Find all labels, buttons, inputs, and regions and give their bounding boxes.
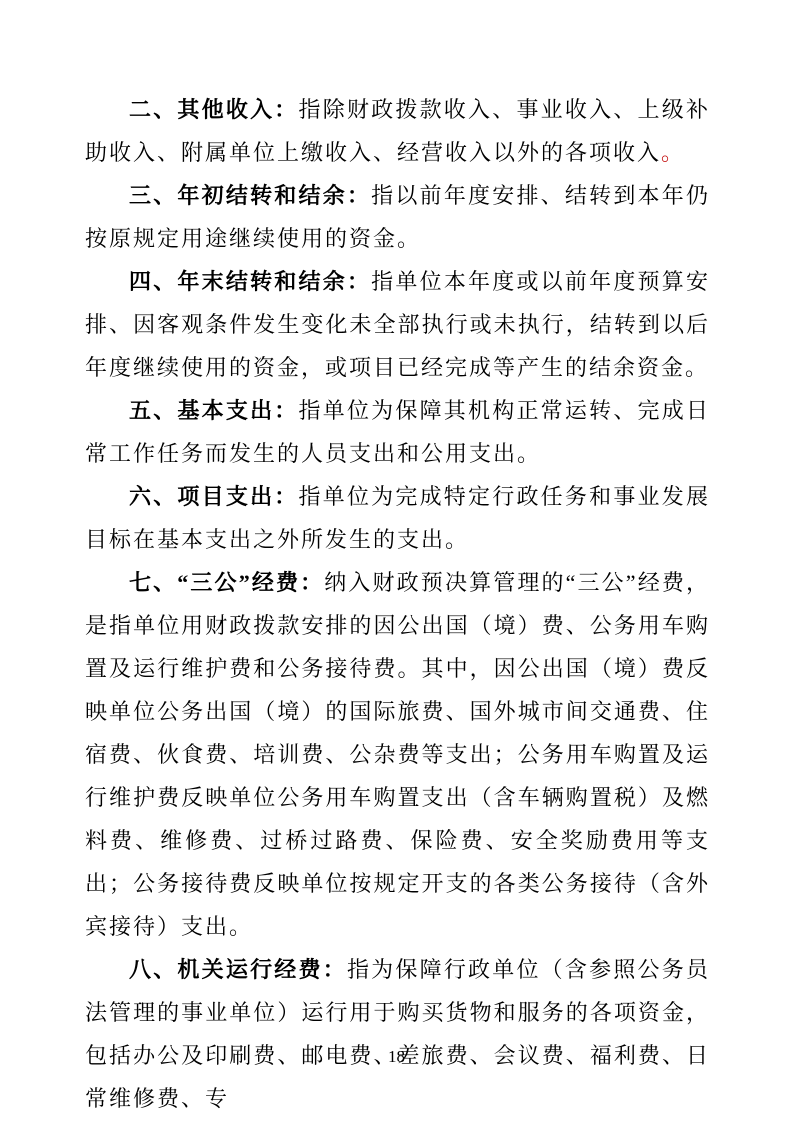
paragraph-basic-expenditure: 五、基本支出：指单位为保障其机构正常运转、完成日常工作任务而发生的人员支出和公用…	[85, 389, 710, 475]
document-page: 二、其他收入：指除财政拨款收入、事业收入、上级补助收入、附属单位上缴收入、经营收…	[0, 0, 793, 1122]
paragraph-three-public-funds: 七、“三公”经费：纳入财政预决算管理的“三公”经费，是指单位用财政拨款安排的因公…	[85, 561, 710, 948]
term-project-expenditure: 六、项目支出：	[129, 484, 299, 509]
term-three-public-funds: 七、“三公”经费：	[129, 570, 324, 595]
term-yearend-balance: 四、年末结转和结余：	[129, 269, 371, 294]
document-body: 二、其他收入：指除财政拨款收入、事业收入、上级补助收入、附属单位上缴收入、经营收…	[85, 88, 710, 1120]
paragraph-beginning-balance: 三、年初结转和结余：指以前年度安排、结转到本年仍按原规定用途继续使用的资金。	[85, 174, 710, 260]
paragraph-agency-operating-costs: 八、机关运行经费：指为保障行政单位（含参照公务员法管理的事业单位）运行用于购买货…	[85, 948, 710, 1120]
term-beginning-balance: 三、年初结转和结余：	[129, 183, 371, 208]
term-basic-expenditure: 五、基本支出：	[129, 398, 299, 423]
term-agency-operating-costs: 八、机关运行经费：	[129, 957, 347, 982]
paragraph-yearend-balance: 四、年末结转和结余：指单位本年度或以前年度预算安排、因客观条件发生变化未全部执行…	[85, 260, 710, 389]
page-number: 18	[0, 1047, 793, 1067]
red-period: 。	[661, 140, 685, 165]
paragraph-project-expenditure: 六、项目支出：指单位为完成特定行政任务和事业发展目标在基本支出之外所发生的支出。	[85, 475, 710, 561]
term-other-income: 二、其他收入：	[129, 97, 299, 122]
paragraph-other-income: 二、其他收入：指除财政拨款收入、事业收入、上级补助收入、附属单位上缴收入、经营收…	[85, 88, 710, 174]
definition-three-public-funds: 纳入财政预决算管理的“三公”经费，是指单位用财政拨款安排的因公出国（境）费、公务…	[85, 570, 710, 939]
